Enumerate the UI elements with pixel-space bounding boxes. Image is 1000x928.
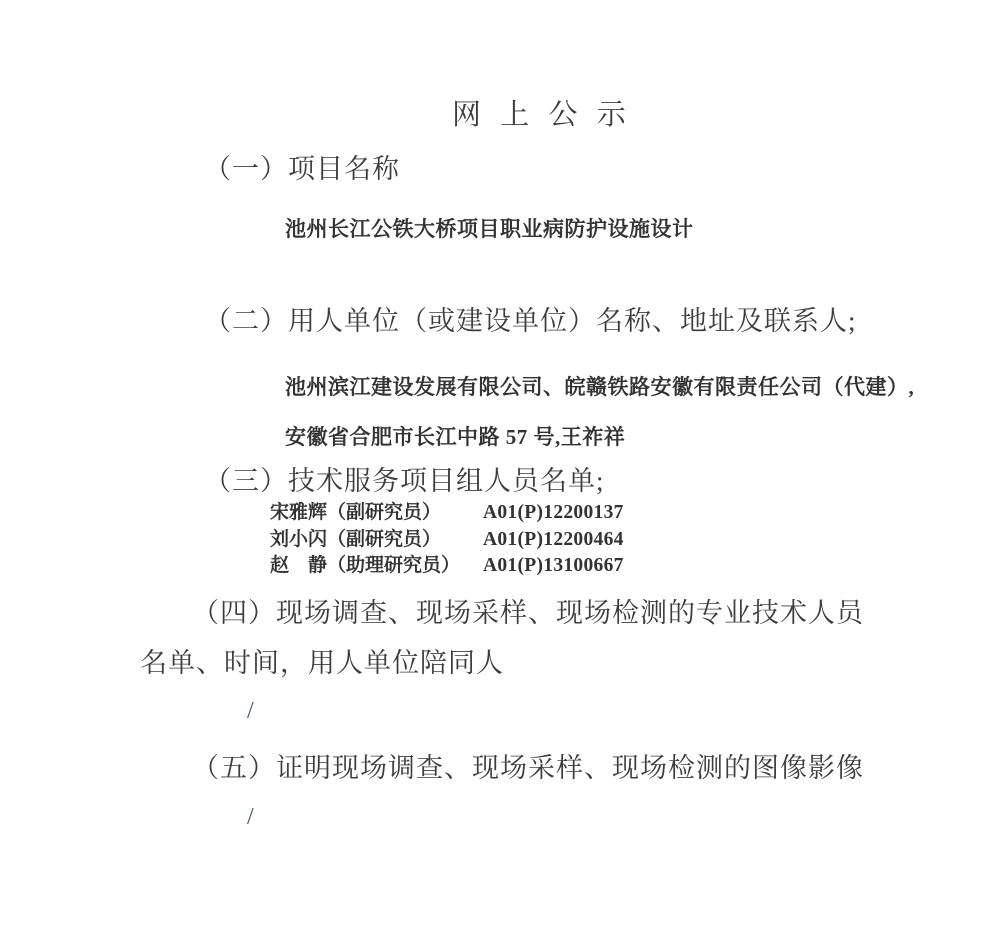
employer-companies: 池州滨江建设发展有限公司、皖赣铁路安徽有限责任公司（代建）, [285, 371, 914, 401]
member-name: 赵 静（助理研究员） [270, 553, 460, 580]
document-page: 网 上 公 示 （一）项目名称 池州长江公铁大桥项目职业病防护设施设计 （二）用… [0, 0, 1000, 928]
member-row: 宋雅辉（副研究员） A01(P)12200137 [270, 500, 690, 527]
project-name: 池州长江公铁大桥项目职业病防护设施设计 [285, 213, 694, 243]
member-row: 刘小闪（副研究员） A01(P)12200464 [270, 527, 690, 554]
section-5-value-slash: / [247, 804, 254, 831]
section-4-heading-line-2: 名单、时间，用人单位陪同人 [140, 641, 504, 680]
section-2-heading: （二）用人单位（或建设单位）名称、地址及联系人; [204, 299, 857, 338]
document-title: 网 上 公 示 [452, 92, 632, 133]
employer-address-contact: 安徽省合肥市长江中路 57 号,王祚祥 [285, 421, 625, 451]
section-3-heading: （三）技术服务项目组人员名单; [204, 459, 605, 498]
section-5-heading: （五）证明现场调查、现场采样、现场检测的图像影像 [192, 746, 864, 785]
member-name: 宋雅辉（副研究员） [270, 500, 441, 527]
section-1-heading: （一）项目名称 [204, 147, 400, 186]
project-team-member-list: 宋雅辉（副研究员） A01(P)12200137 刘小闪（副研究员） A01(P… [270, 500, 690, 580]
member-name: 刘小闪（副研究员） [270, 527, 441, 554]
member-cert-number: A01(P)12200464 [483, 527, 624, 554]
section-4-heading-line-1: （四）现场调查、现场采样、现场检测的专业技术人员 [192, 591, 864, 630]
member-cert-number: A01(P)13100667 [483, 553, 624, 580]
section-4-value-slash: / [247, 698, 254, 725]
member-cert-number: A01(P)12200137 [483, 500, 624, 527]
member-row: 赵 静（助理研究员） A01(P)13100667 [270, 553, 690, 580]
